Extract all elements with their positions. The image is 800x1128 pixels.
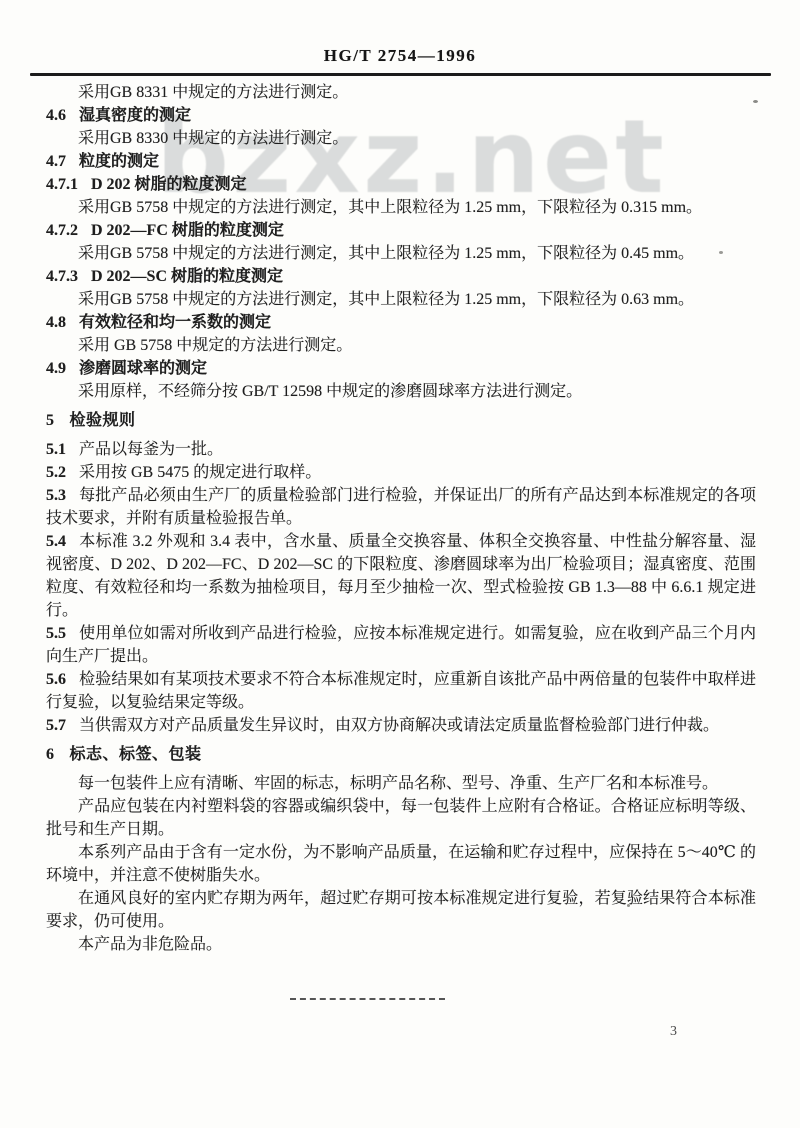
clause-heading: 4.8有效粒径和均一系数的测定 [46,311,756,334]
page-number: 3 [46,1024,756,1040]
clause-text: 采用按 GB 5475 的规定进行取样。 [79,464,321,481]
section-heading: 6标志、标签、包装 [46,743,756,766]
paragraph: 产品应包装在内衬塑料袋的容器或编织袋中，每一包装件上应附有合格证。合格证应标明等… [46,795,756,841]
paragraph: 在通风良好的室内贮存期为两年，超过贮存期可按本标准规定进行复验，若复验结果符合本… [46,887,756,933]
clause-number: 4.7.1 [46,176,78,193]
paragraph-text: 采用GB 5758 中规定的方法进行测定，其中上限粒径为 1.25 mm，下限粒… [78,245,694,262]
clause-heading: 4.7.2D 202—FC 树脂的粒度测定 [46,219,756,242]
paragraph-text: 每一包装件上应有清晰、牢固的标志，标明产品名称、型号、净重、生产厂名和本标准号。 [78,775,718,792]
clause-number: 5.3 [46,487,66,504]
paragraph-text: 采用GB 5758 中规定的方法进行测定，其中上限粒径为 1.25 mm，下限粒… [78,291,694,308]
clause-number: 5.5 [46,625,66,642]
paragraph: 采用GB 5758 中规定的方法进行测定，其中上限粒径为 1.25 mm，下限粒… [46,196,756,219]
clause-title: D 202—FC 树脂的粒度测定 [91,222,284,239]
header-rule [30,73,771,76]
clause-number: 5.6 [46,671,66,688]
section-title: 标志、标签、包装 [70,746,202,763]
clause-number: 4.7.2 [46,222,78,239]
clause-text: 使用单位如需对所收到产品进行检验，应按本标准规定进行。如需复验，应在收到产品三个… [46,625,756,665]
paragraph: 采用GB 8331 中规定的方法进行测定。 [46,81,756,104]
scan-speck [627,904,630,907]
paragraph: 采用GB 5758 中规定的方法进行测定，其中上限粒径为 1.25 mm，下限粒… [46,242,756,265]
document-page: bzxz.net HG/T 2754—1996 采用GB 8331 中规定的方法… [0,0,800,1128]
standard-number-title: HG/T 2754—1996 [0,46,800,66]
clause-heading: 4.7.3D 202—SC 树脂的粒度测定 [46,265,756,288]
clause-heading: 4.9渗磨圆球率的测定 [46,357,756,380]
end-of-text-separator [290,998,445,1000]
clause-paragraph: 5.7当供需双方对产品质量发生异议时，由双方协商解决或请法定质量监督检验部门进行… [46,714,756,737]
clause-heading: 4.7粒度的测定 [46,150,756,173]
clause-text: 产品以每釜为一批。 [79,441,223,458]
paragraph-text: 在通风良好的室内贮存期为两年，超过贮存期可按本标准规定进行复验，若复验结果符合本… [46,890,756,930]
clause-heading: 4.7.1D 202 树脂的粒度测定 [46,173,756,196]
clause-number: 5.7 [46,717,66,734]
page-header: HG/T 2754—1996 [0,0,800,76]
clause-number: 5.1 [46,441,66,458]
clause-number: 4.6 [46,107,66,124]
clause-title: 渗磨圆球率的测定 [79,360,207,377]
clause-title: 粒度的测定 [79,153,159,170]
paragraph: 采用原样，不经筛分按 GB/T 12598 中规定的渗磨圆球率方法进行测定。 [46,380,756,403]
clause-number: 5.4 [46,533,66,550]
paragraph-text: 本系列产品由于含有一定水份，为不影响产品质量，在运输和贮存过程中，应保持在 5～… [46,844,756,884]
clause-number: 4.9 [46,360,66,377]
clause-paragraph: 5.2采用按 GB 5475 的规定进行取样。 [46,461,756,484]
section-title: 检验规则 [70,412,136,429]
section-number: 5 [46,412,55,429]
clause-number: 5.2 [46,464,66,481]
paragraph-text: 采用GB 8331 中规定的方法进行测定。 [78,84,348,101]
clause-title: 有效粒径和均一系数的测定 [79,314,271,331]
scan-speck [719,251,723,254]
clause-text: 当供需双方对产品质量发生异议时，由双方协商解决或请法定质量监督检验部门进行仲裁。 [79,717,719,734]
clause-paragraph: 5.1产品以每釜为一批。 [46,438,756,461]
paragraph-text: 采用GB 8330 中规定的方法进行测定。 [78,130,348,147]
clause-title: 湿真密度的测定 [79,107,191,124]
paragraph: 采用GB 5758 中规定的方法进行测定，其中上限粒径为 1.25 mm，下限粒… [46,288,756,311]
paragraph-text: 采用原样，不经筛分按 GB/T 12598 中规定的渗磨圆球率方法进行测定。 [78,383,582,400]
clause-text: 每批产品必须由生产厂的质量检验部门进行检验，并保证出厂的所有产品达到本标准规定的… [46,487,756,527]
paragraph: 本产品为非危险品。 [46,933,756,956]
scan-speck [753,100,758,103]
clause-text: 检验结果如有某项技术要求不符合本标准规定时，应重新自该批产品中两倍量的包装件中取… [46,671,756,711]
clause-title: D 202—SC 树脂的粒度测定 [91,268,283,285]
clause-paragraph: 5.4本标准 3.2 外观和 3.4 表中，含水量、质量全交换容量、体积全交换容… [46,530,756,622]
document-content: 采用GB 8331 中规定的方法进行测定。 4.6湿真密度的测定 采用GB 83… [46,81,756,1040]
clause-number: 4.7.3 [46,268,78,285]
paragraph: 每一包装件上应有清晰、牢固的标志，标明产品名称、型号、净重、生产厂名和本标准号。 [46,772,756,795]
paragraph-text: 本产品为非危险品。 [78,936,222,953]
clause-number: 4.7 [46,153,66,170]
clause-paragraph: 5.6检验结果如有某项技术要求不符合本标准规定时，应重新自该批产品中两倍量的包装… [46,668,756,714]
paragraph: 本系列产品由于含有一定水份，为不影响产品质量，在运输和贮存过程中，应保持在 5～… [46,841,756,887]
clause-paragraph: 5.5使用单位如需对所收到产品进行检验，应按本标准规定进行。如需复验，应在收到产… [46,622,756,668]
paragraph: 采用 GB 5758 中规定的方法进行测定。 [46,334,756,357]
clause-heading: 4.6湿真密度的测定 [46,104,756,127]
clause-title: D 202 树脂的粒度测定 [91,176,247,193]
clause-number: 4.8 [46,314,66,331]
paragraph-text: 采用GB 5758 中规定的方法进行测定，其中上限粒径为 1.25 mm，下限粒… [78,199,702,216]
section-number: 6 [46,746,55,763]
section-heading: 5检验规则 [46,409,756,432]
paragraph-text: 产品应包装在内衬塑料袋的容器或编织袋中，每一包装件上应附有合格证。合格证应标明等… [46,798,756,838]
paragraph: 采用GB 8330 中规定的方法进行测定。 [46,127,756,150]
clause-text: 本标准 3.2 外观和 3.4 表中，含水量、质量全交换容量、体积全交换容量、中… [46,533,756,619]
paragraph-text: 采用 GB 5758 中规定的方法进行测定。 [78,337,352,354]
clause-paragraph: 5.3每批产品必须由生产厂的质量检验部门进行检验，并保证出厂的所有产品达到本标准… [46,484,756,530]
